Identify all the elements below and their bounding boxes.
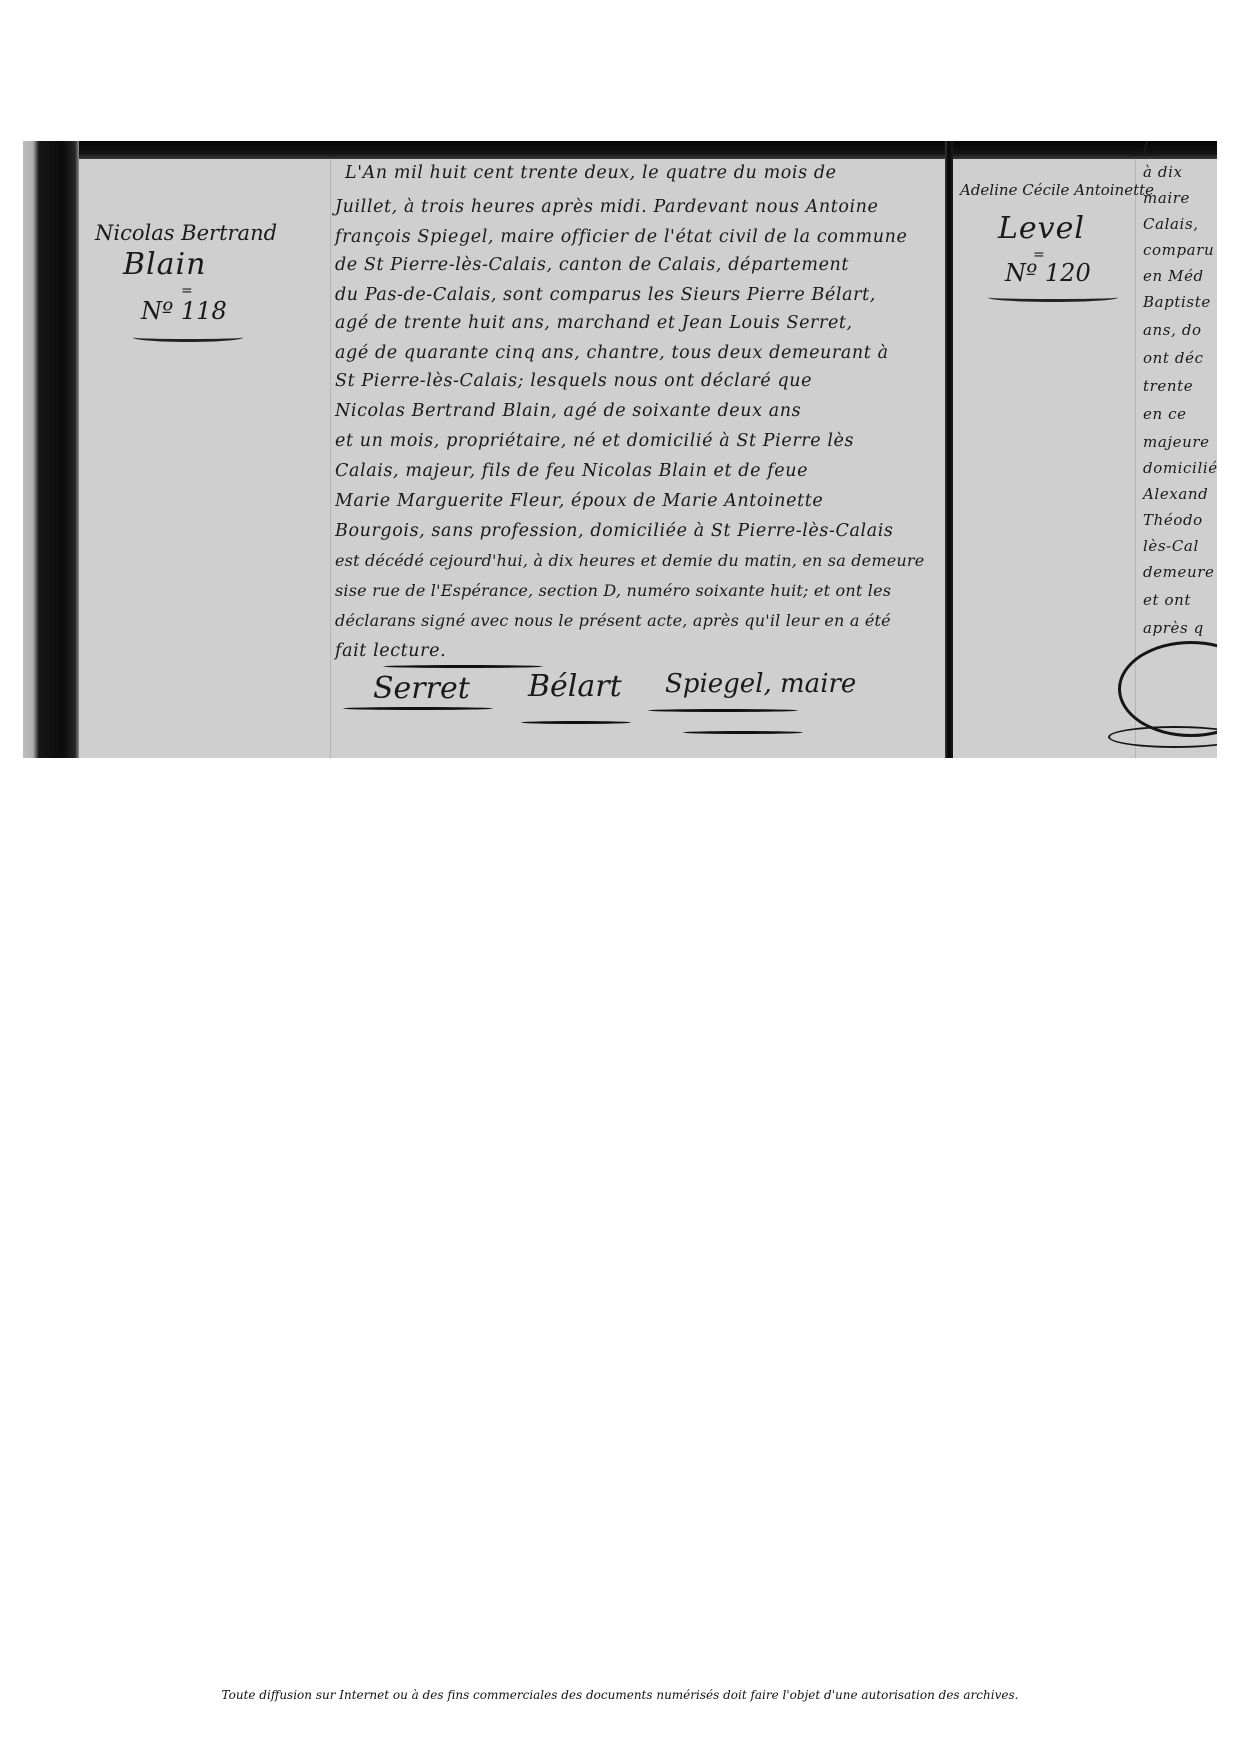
body-line: et un mois, propriétaire, né et domicili… xyxy=(335,431,854,451)
signature-loop xyxy=(1118,641,1217,737)
margin-record-number: Nº 118 xyxy=(141,297,227,325)
body-fragment: en ce xyxy=(1143,405,1187,423)
body-fragment: lès-Cal xyxy=(1143,537,1199,555)
signature-flourish xyxy=(683,731,803,734)
signature-flourish xyxy=(648,709,798,712)
margin-surname: Level xyxy=(998,211,1085,246)
body-line: du Pas-de-Calais, sont comparus les Sieu… xyxy=(335,285,876,305)
binding-shadow-top xyxy=(23,141,1217,159)
body-fragment: comparu xyxy=(1143,241,1214,259)
body-fragment: Alexand xyxy=(1143,485,1208,503)
signature-flourish xyxy=(343,707,493,710)
body-fragment: demeure xyxy=(1143,563,1215,581)
body-fragment: Calais, xyxy=(1143,215,1199,233)
body-fragment: en Méd xyxy=(1143,267,1204,285)
body-line: déclarans signé avec nous le présent act… xyxy=(335,611,891,630)
body-line: Bourgois, sans profession, domiciliée à … xyxy=(335,521,894,541)
body-line: sise rue de l'Espérance, section D, numé… xyxy=(335,581,891,600)
signature-serret: Serret xyxy=(373,671,470,706)
margin-surname: Blain xyxy=(123,247,206,282)
margin-given-names: Nicolas Bertrand xyxy=(95,221,277,245)
body-fragment: Baptiste xyxy=(1143,293,1211,311)
page-gutter xyxy=(945,141,953,758)
margin-rule-left-page xyxy=(330,159,331,758)
body-fragment: majeure xyxy=(1143,433,1210,451)
body-line: Marie Marguerite Fleur, époux de Marie A… xyxy=(335,491,823,511)
body-line: fait lecture. xyxy=(335,641,446,661)
body-line: agé de quarante cinq ans, chantre, tous … xyxy=(335,343,889,363)
signature-flourish xyxy=(383,665,543,668)
body-line: St Pierre-lès-Calais; lesquels nous ont … xyxy=(335,371,812,391)
body-fragment: et ont xyxy=(1143,591,1191,609)
body-fragment: à dix xyxy=(1143,163,1183,181)
binding-shadow-left xyxy=(23,141,79,758)
body-line: Calais, majeur, fils de feu Nicolas Blai… xyxy=(335,461,808,481)
dropcap-fragment: L xyxy=(1141,141,1157,161)
scanned-register-image: Nicolas Bertrand Blain = Nº 118 L'An mil… xyxy=(23,141,1217,758)
margin-record-number: Nº 120 xyxy=(1005,259,1091,287)
body-fragment: Théodo xyxy=(1143,511,1203,529)
body-fragment: maire xyxy=(1143,189,1190,207)
body-fragment: domicilié xyxy=(1143,459,1217,477)
margin-given-names: Adeline Cécile Antoinette xyxy=(960,181,1154,199)
signature-flourish xyxy=(521,721,631,724)
body-line: est décédé cejourd'hui, à dix heures et … xyxy=(335,551,924,570)
body-fragment: ans, do xyxy=(1143,321,1202,339)
flourish-ornament xyxy=(988,293,1118,302)
body-line: de St Pierre-lès-Calais, canton de Calai… xyxy=(335,255,849,275)
body-line: agé de trente huit ans, marchand et Jean… xyxy=(335,313,853,333)
signature-belart: Bélart xyxy=(528,669,622,704)
body-fragment: trente xyxy=(1143,377,1193,395)
signature-spiegel: Spiegel, maire xyxy=(665,669,856,699)
signature-loop xyxy=(1108,726,1217,748)
body-line: Nicolas Bertrand Blain, agé de soixante … xyxy=(335,401,801,421)
body-fragment: après q xyxy=(1143,619,1204,637)
body-line: françois Spiegel, maire officier de l'ét… xyxy=(335,227,907,247)
body-line: L'An mil huit cent trente deux, le quatr… xyxy=(345,163,837,183)
body-fragment: ont déc xyxy=(1143,349,1204,367)
copyright-notice: Toute diffusion sur Internet ou à des fi… xyxy=(0,1688,1240,1702)
flourish-ornament xyxy=(133,333,243,342)
body-line: Juillet, à trois heures après midi. Pard… xyxy=(335,197,879,217)
